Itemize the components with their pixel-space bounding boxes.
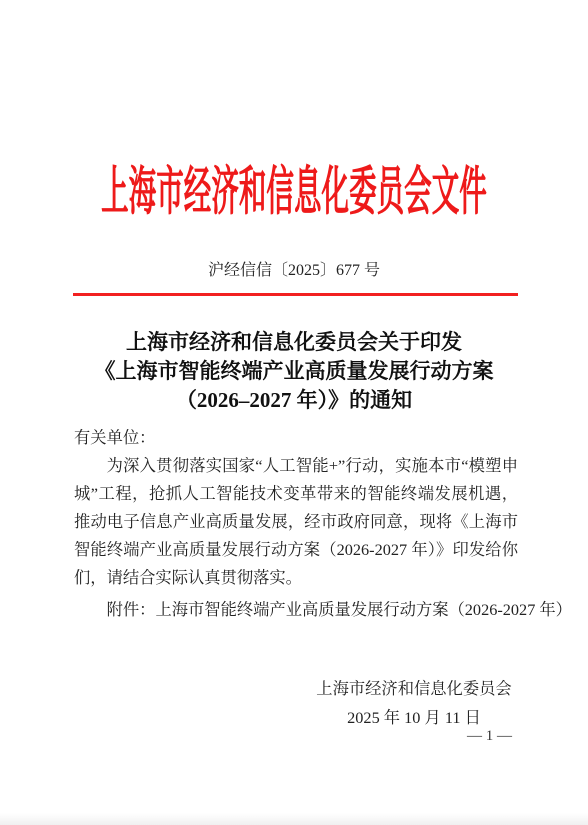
document-page: 上海市经济和信息化委员会文件 沪经信信〔2025〕677 号 上海市经济和信息化… [0, 0, 588, 825]
issuing-org-letterhead: 上海市经济和信息化委员会文件 [15, 161, 574, 226]
page-number: — 1 — [467, 726, 512, 746]
document-title: 上海市经济和信息化委员会关于印发 《上海市智能终端产业高质量发展行动方案 （20… [0, 328, 588, 415]
document-reference-number: 沪经信信〔2025〕677 号 [0, 260, 588, 282]
salutation: 有关单位： [74, 424, 518, 452]
attachment-line: 附件：上海市智能终端产业高质量发展行动方案（2026-2027 年） [74, 596, 534, 624]
document-body: 有关单位： 为深入贯彻落实国家“人工智能+”行动，实施本市“模塑申城”工程，抢抓… [74, 424, 518, 592]
signature-block: 上海市经济和信息化委员会 2025 年 10 月 11 日 [310, 674, 518, 732]
red-divider-line [73, 293, 518, 296]
document-title-line-2: 《上海市智能终端产业高质量发展行动方案 [0, 357, 588, 386]
page-bottom-edge [0, 813, 588, 825]
signer-organization: 上海市经济和信息化委员会 [310, 674, 518, 703]
body-paragraph: 为深入贯彻落实国家“人工智能+”行动，实施本市“模塑申城”工程，抢抓人工智能技术… [74, 452, 518, 592]
document-title-line-1: 上海市经济和信息化委员会关于印发 [0, 328, 588, 357]
document-title-line-3: （2026–2027 年）》的通知 [0, 386, 588, 415]
